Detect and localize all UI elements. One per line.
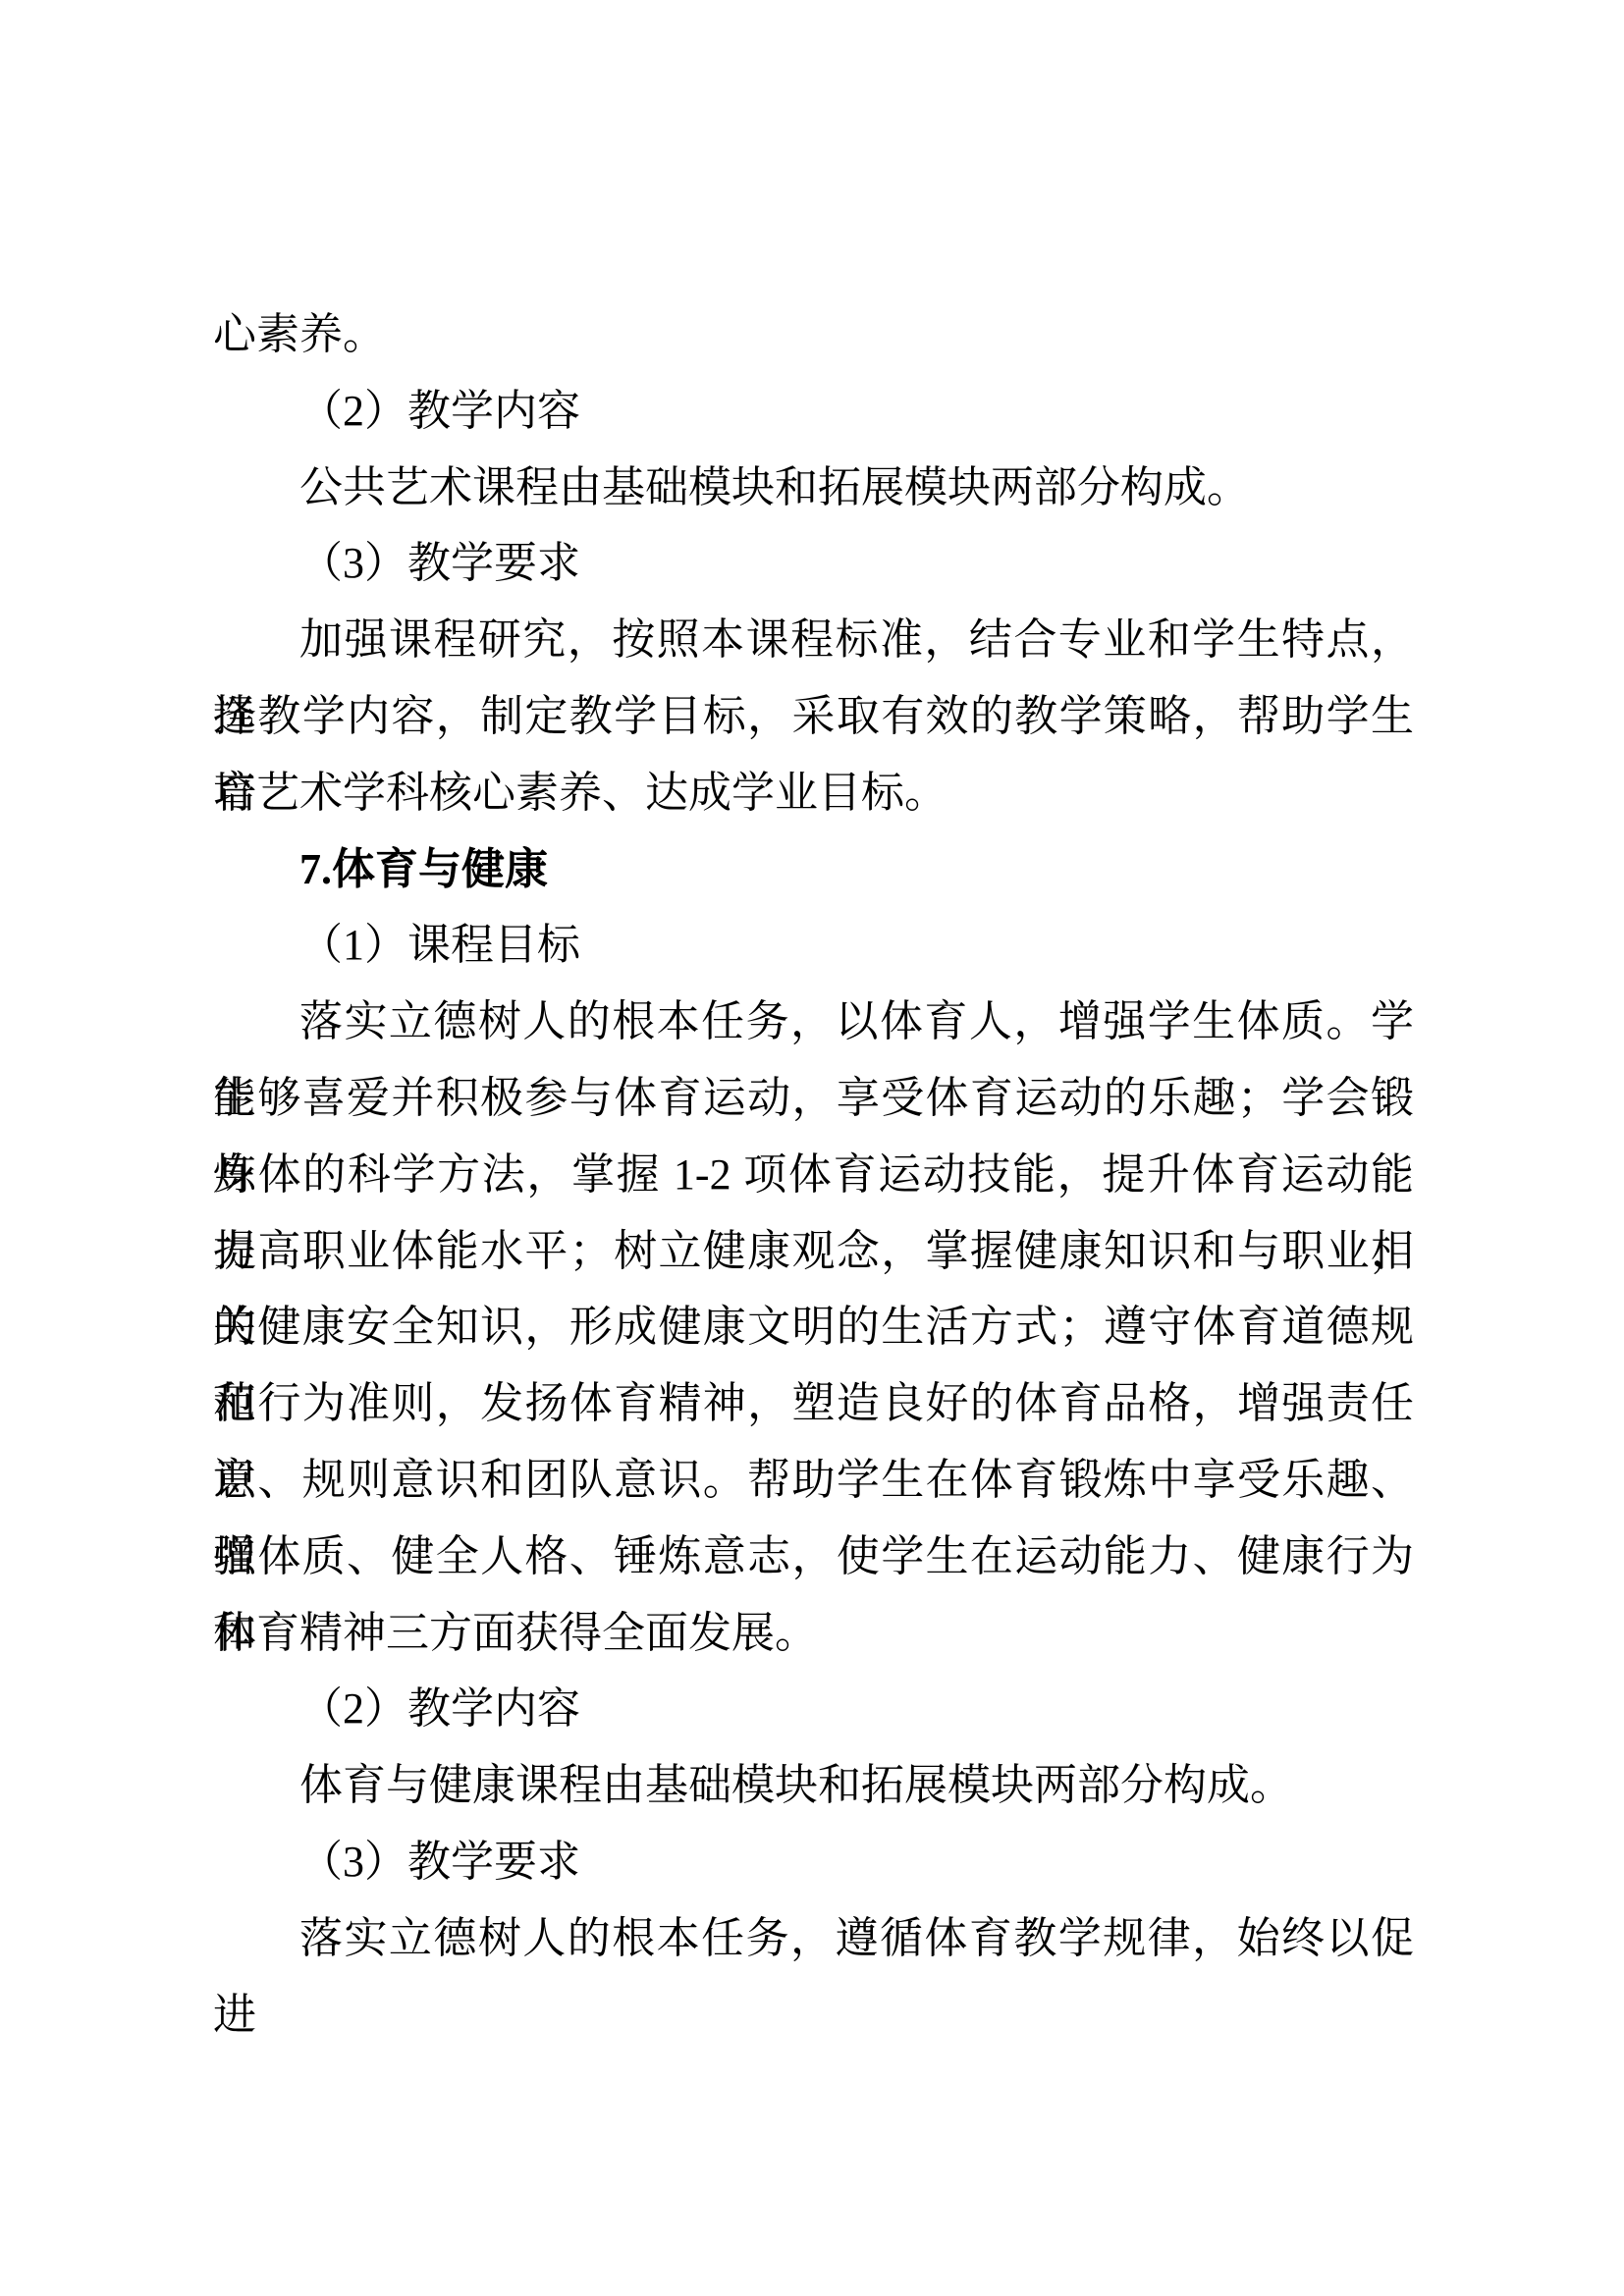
subheading-2-art-content: （2）教学内容: [213, 373, 1414, 450]
subheading-1-pe-goals: （1）课程目标: [213, 907, 1414, 984]
document-text-block: 心素养。 （2）教学内容 公共艺术课程由基础模块和拓展模块两部分构成。 （3）教…: [213, 296, 1414, 1977]
subheading-3-pe-requirements: （3）教学要求: [213, 1824, 1414, 1900]
text-line: 加强课程研究，按照本课程标准，结合专业和学生特点，选: [213, 602, 1414, 678]
text-line: 体育精神三方面获得全面发展。: [213, 1595, 1414, 1672]
subheading-3-art-requirements: （3）教学要求: [213, 525, 1414, 602]
text-line: 落实立德树人的根本任务，遵循体育教学规律，始终以促进: [213, 1900, 1414, 1977]
subheading-2-pe-content: （2）教学内容: [213, 1671, 1414, 1747]
text-line: 能够喜爱并积极参与体育运动，享受体育运动的乐趣；学会锻炼: [213, 1060, 1414, 1137]
text-line: 公共艺术课程由基础模块和拓展模块两部分构成。: [213, 450, 1414, 526]
text-line: 身体的科学方法，掌握 1-2 项体育运动技能，提升体育运动能力，: [213, 1137, 1414, 1213]
text-line: 强体质、健全人格、锤炼意志，使学生在运动能力、健康行为和: [213, 1519, 1414, 1595]
text-line: 和行为准则，发扬体育精神，塑造良好的体育品格，增强责任意: [213, 1365, 1414, 1442]
text-line: 的健康安全知识，形成健康文明的生活方式；遵守体育道德规范: [213, 1289, 1414, 1365]
text-line: 落实立德树人的根本任务，以体育人，增强学生体质。学生: [213, 984, 1414, 1060]
text-line: 心素养。: [213, 296, 1414, 373]
document-page: 心素养。 （2）教学内容 公共艺术课程由基础模块和拓展模块两部分构成。 （3）教…: [0, 0, 1624, 2296]
text-line: 育艺术学科核心素养、达成学业目标。: [213, 755, 1414, 831]
text-line: 择教学内容，制定教学目标，采取有效的教学策略，帮助学生培: [213, 678, 1414, 755]
section-heading-pe-health: 7.体育与健康: [213, 831, 1414, 908]
text-line: 识、规则意识和团队意识。帮助学生在体育锻炼中享受乐趣、增: [213, 1442, 1414, 1519]
text-line: 体育与健康课程由基础模块和拓展模块两部分构成。: [213, 1747, 1414, 1824]
text-line: 提高职业体能水平；树立健康观念，掌握健康知识和与职业相关: [213, 1213, 1414, 1290]
